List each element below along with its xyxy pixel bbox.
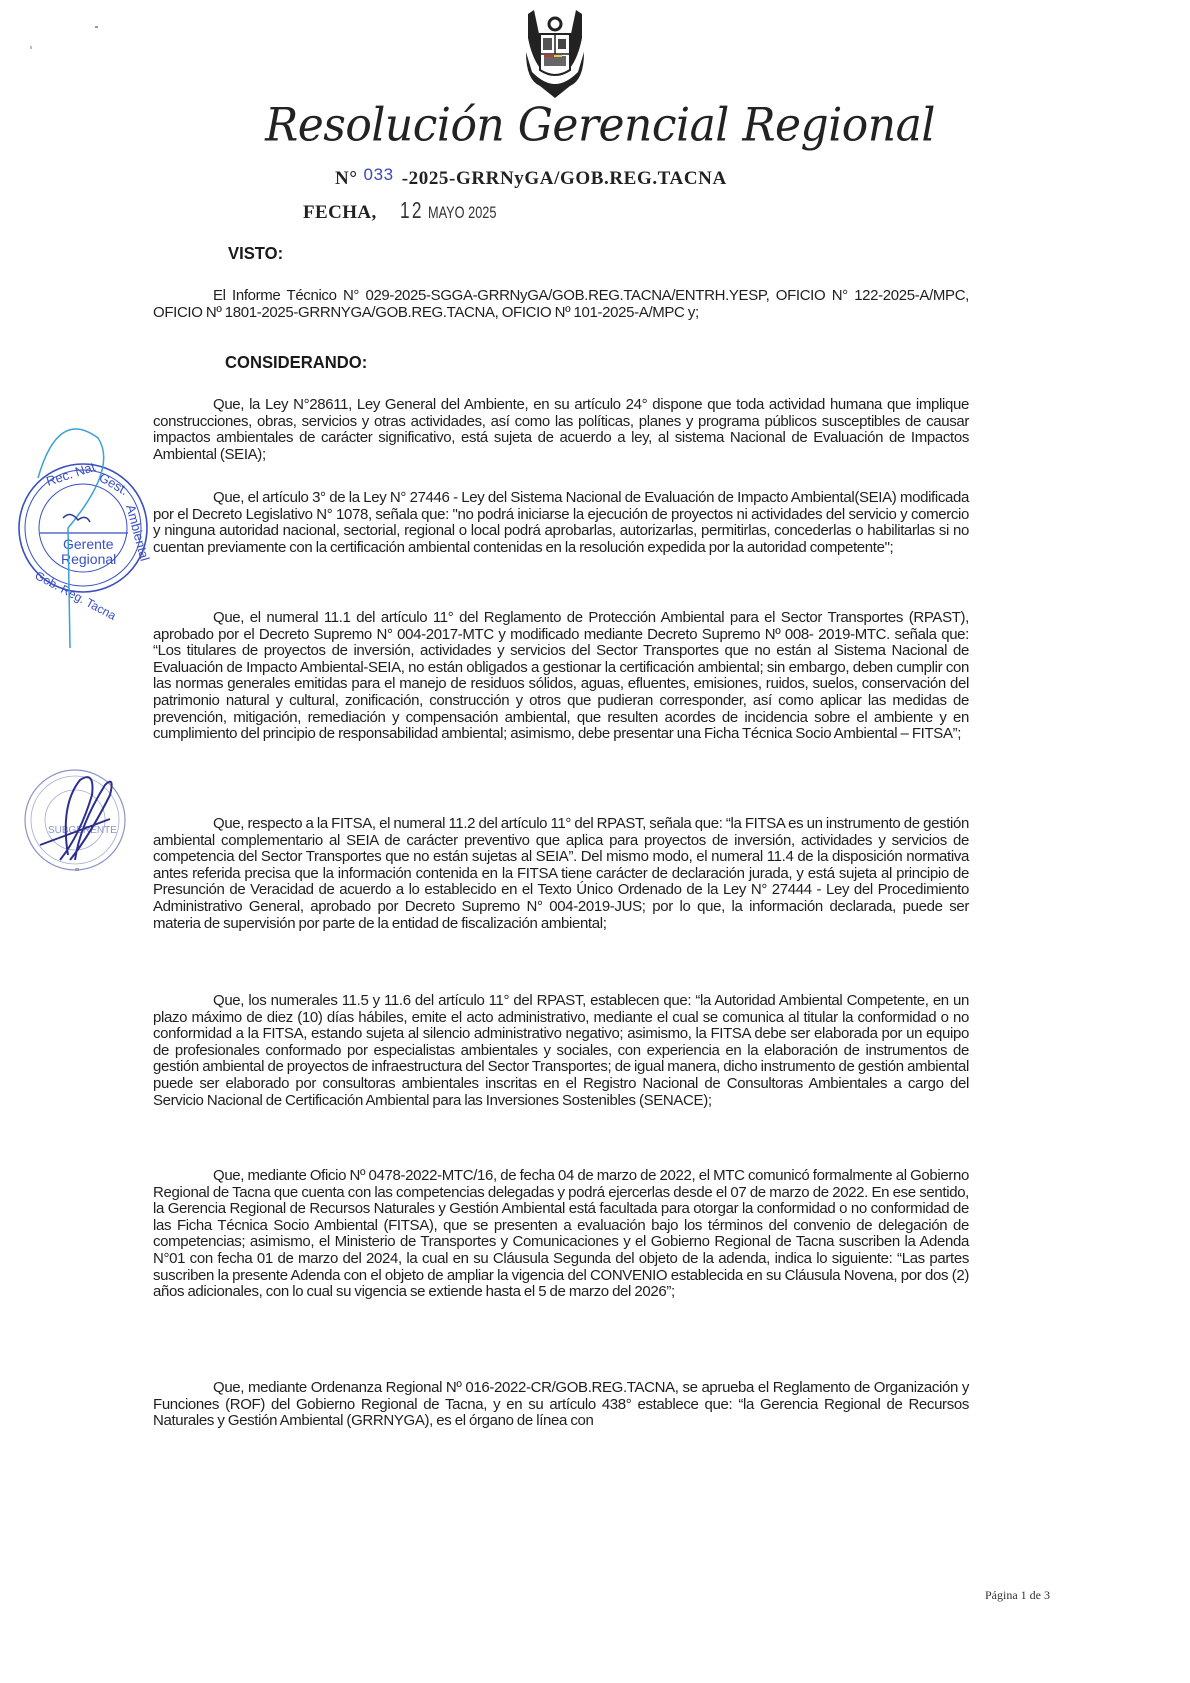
- subgerente-seal-icon: SUBGERENTE: [20, 765, 160, 875]
- scan-speck: [95, 26, 98, 28]
- svg-text:Gob. Reg. Tacna: Gob. Reg. Tacna: [33, 568, 119, 623]
- page-number: Página 1 de 3: [985, 1588, 1050, 1603]
- date-day: 12: [400, 197, 424, 223]
- considerando-paragraph-4: Que, respecto a la FITSA, el numeral 11.…: [153, 816, 969, 932]
- svg-text:Gerente: Gerente: [63, 536, 114, 552]
- number-prefix: N°: [335, 168, 358, 189]
- considerando-paragraph-1: Que, la Ley N°28611, Ley General del Amb…: [153, 397, 969, 463]
- gerente-regional-seal-icon: Rec. Nat Gest. Ambiental Gerente Regiona…: [8, 418, 158, 648]
- date-stamp: 12 MAYO 2025: [400, 197, 496, 224]
- resolution-number: N°033-2025-GRRNyGA/GOB.REG.TACNA: [335, 168, 727, 190]
- visto-paragraph: El Informe Técnico N° 029-2025-SGGA-GRRN…: [153, 288, 969, 321]
- fecha-label: FECHA,: [303, 202, 377, 223]
- document-title: Resolución Gerencial Regional: [250, 99, 950, 153]
- number-suffix: -2025-GRRNyGA/GOB.REG.TACNA: [402, 168, 727, 189]
- visto-heading: VISTO:: [228, 243, 283, 264]
- considerando-paragraph-3: Que, el numeral 11.1 del artículo 11° de…: [153, 610, 969, 743]
- considerando-paragraph-5: Que, los numerales 11.5 y 11.6 del artíc…: [153, 993, 969, 1109]
- considerando-paragraph-6: Que, mediante Oficio Nº 0478-2022-MTC/16…: [153, 1168, 969, 1301]
- scan-speck: [30, 46, 32, 49]
- considerando-paragraph-2: Que, el artículo 3° de la Ley N° 27446 -…: [153, 490, 969, 556]
- document-page: Resolución Gerencial Regional N°033-2025…: [0, 0, 1190, 1683]
- resolution-date: FECHA, 12 MAYO 2025: [303, 197, 528, 224]
- handwritten-number: 033: [364, 165, 394, 184]
- peru-coat-of-arms-icon: [520, 8, 590, 100]
- date-month-year: MAYO 2025: [428, 203, 497, 222]
- considerando-paragraph-7: Que, mediante Ordenanza Regional Nº 016-…: [153, 1380, 969, 1430]
- considerando-heading: CONSIDERANDO:: [225, 352, 367, 373]
